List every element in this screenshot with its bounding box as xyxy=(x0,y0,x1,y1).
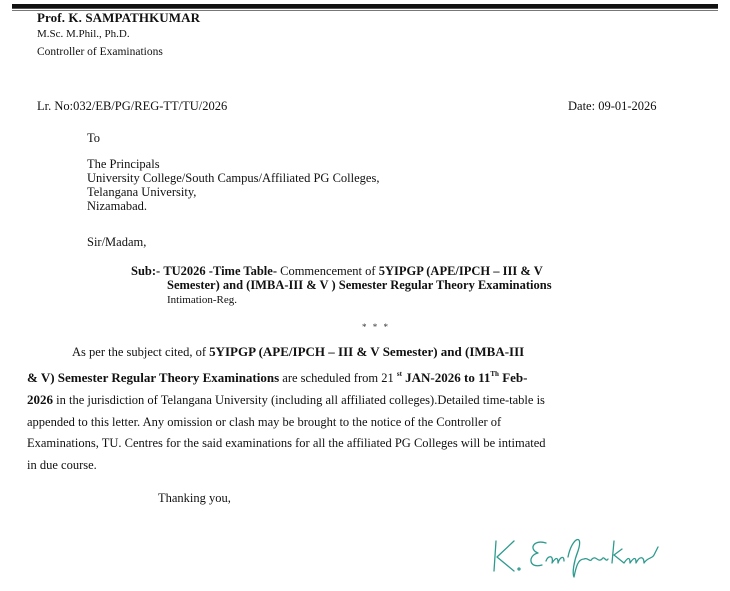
subject-prefix: Sub:- xyxy=(131,264,160,278)
to-label: To xyxy=(87,131,100,146)
letter-date: Date: 09-01-2026 xyxy=(568,99,657,114)
address-line: Telangana University, xyxy=(87,185,379,199)
body-bold: & V) Semester Regular Theory Examination… xyxy=(27,370,279,385)
address-line: University College/South Campus/Affiliat… xyxy=(87,171,379,185)
letterhead-rule xyxy=(12,4,718,9)
body-bold: JAN-2026 to 11 xyxy=(402,370,490,385)
body-line: Examinations, TU. Centres for the said e… xyxy=(27,433,687,455)
subject-title: TU2026 -Time Table- xyxy=(163,264,277,278)
ordinal-suffix: Th xyxy=(490,370,499,378)
body-bold: Feb- xyxy=(499,370,528,385)
sender-name: Prof. K. SAMPATHKUMAR xyxy=(37,10,200,26)
signature-icon xyxy=(488,527,688,582)
sender-qualifications: M.Sc. M.Phil., Ph.D. xyxy=(37,28,130,40)
recipient-address: The Principals University College/South … xyxy=(87,157,379,213)
body-text: are scheduled from 21 xyxy=(279,371,397,385)
address-line: Nizamabad. xyxy=(87,199,379,213)
letter-number: Lr. No:032/EB/PG/REG-TT/TU/2026 xyxy=(37,99,227,114)
closing-thanks: Thanking you, xyxy=(158,491,231,506)
body-paragraph: As per the subject cited, of 5YIPGP (APE… xyxy=(27,341,687,476)
address-line: The Principals xyxy=(87,157,379,171)
sender-designation: Controller of Examinations xyxy=(37,46,163,58)
salutation: Sir/Madam, xyxy=(87,235,146,250)
body-text: As per the subject cited, of xyxy=(72,345,209,359)
subject-text: Commencement of xyxy=(277,264,379,278)
body-bold: 5YIPGP (APE/IPCH – III & V Semester) and… xyxy=(209,344,524,359)
body-text: in the jurisdiction of Telangana Univers… xyxy=(53,393,545,407)
subject-line-2: Semester) and (IMBA-III & V ) Semester R… xyxy=(131,278,552,292)
separator-stars: * * * xyxy=(362,322,390,332)
subject-intimation: Intimation-Reg. xyxy=(131,293,552,307)
body-line: appended to this letter. Any omission or… xyxy=(27,412,687,434)
subject-programme: 5YIPGP (APE/IPCH – III & V xyxy=(379,264,543,278)
body-bold: 2026 xyxy=(27,392,53,407)
body-line: in due course. xyxy=(27,455,687,477)
subject-block: Sub:- TU2026 -Time Table- Commencement o… xyxy=(131,264,552,307)
